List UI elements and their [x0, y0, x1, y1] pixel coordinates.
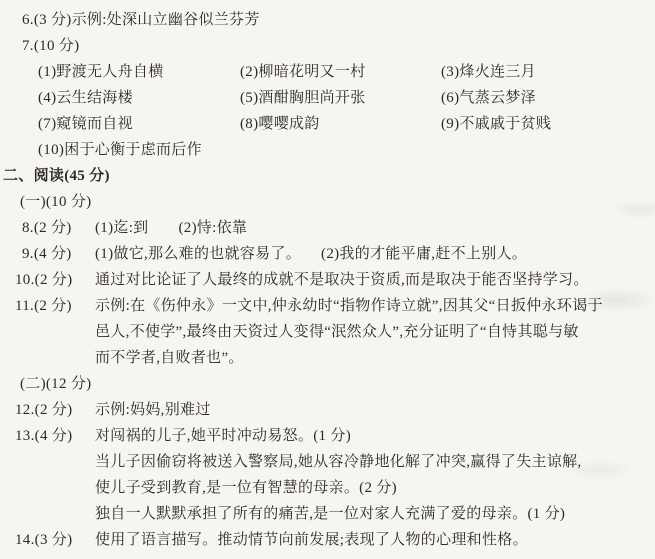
item-9-label: 9.(4 分)	[22, 241, 95, 267]
item-9-part-1: (1)做它,那么难的也就容易了。	[95, 241, 301, 267]
item-7-answer-1: (1)野渡无人舟自横	[38, 59, 240, 85]
answer-item-14: 14.(3 分) 使用了语言描写。推动情节向前发展;表现了人物的心理和性格。	[0, 527, 655, 553]
item-7-answer-2: (2)柳暗花明又一村	[240, 59, 441, 85]
item-11-line-3: 而不学者,自败者也”。	[95, 345, 603, 371]
item-12-text: 示例:妈妈,别难过	[95, 397, 211, 423]
item-7-answer-9: (9)不戚戚于贫贱	[441, 111, 655, 137]
item-7-answer-10: (10)困于心衡于虑而后作	[38, 137, 655, 163]
answer-item-10: 10.(2 分) 通过对比论证了人最终的成就不是取决于资质,而是取决于能否坚持学…	[0, 267, 655, 293]
item-11-text: 示例:在《伤仲永》一文中,仲永幼时“指物作诗立就”,因其父“日扳仲永环谒于 邑人…	[95, 293, 603, 371]
item-13-text: 对闯祸的儿子,她平时冲动易怒。(1 分) 当儿子因偷窃将被送入警察局,她从容冷静…	[95, 423, 581, 527]
answer-item-9: 9.(4 分) (1)做它,那么难的也就容易了。 (2)我的才能平庸,赶不上别人…	[0, 241, 655, 267]
item-7-answer-7: (7)窥镜而自视	[38, 111, 240, 137]
item-7-answer-6: (6)气蒸云梦泽	[441, 85, 655, 111]
item-9-part-2: (2)我的才能平庸,赶不上别人。	[321, 241, 527, 267]
item-13-label: 13.(4 分)	[15, 423, 95, 449]
answer-item-13: 13.(4 分) 对闯祸的儿子,她平时冲动易怒。(1 分) 当儿子因偷窃将被送入…	[0, 423, 655, 527]
answer-item-7: 7.(10 分)	[0, 33, 655, 59]
item-7-answer-3: (3)烽火连三月	[441, 59, 655, 85]
answer-item-12: 12.(2 分) 示例:妈妈,别难过	[0, 397, 655, 423]
item-7-answer-5: (5)酒酣胸胆尚开张	[240, 85, 441, 111]
item-11-line-2: 邑人,不使学”,最终由天资过人变得“泯然众人”,充分证明了“自恃其聪与敏	[95, 319, 603, 345]
item-10-label: 10.(2 分)	[15, 267, 95, 293]
answer-item-11: 11.(2 分) 示例:在《伤仲永》一文中,仲永幼时“指物作诗立就”,因其父“日…	[0, 293, 655, 371]
part-1-heading: (一)(10 分)	[0, 189, 655, 215]
item-7-answers: (1)野渡无人舟自横 (2)柳暗花明又一村 (3)烽火连三月 (4)云生结海楼 …	[38, 59, 655, 163]
item-10-text: 通过对比论证了人最终的成就不是取决于资质,而是取决于能否坚持学习。	[95, 267, 589, 293]
answer-item-6: 6.(3 分)示例:处深山立幽谷似兰芬芳	[0, 7, 655, 33]
item-12-label: 12.(2 分)	[15, 397, 95, 423]
item-7-answer-4: (4)云生结海楼	[38, 85, 240, 111]
item-11-line-1: 示例:在《伤仲永》一文中,仲永幼时“指物作诗立就”,因其父“日扳仲永环谒于	[95, 293, 603, 319]
answer-key-page: 6.(3 分)示例:处深山立幽谷似兰芬芳 7.(10 分) (1)野渡无人舟自横…	[0, 0, 655, 553]
item-14-text: 使用了语言描写。推动情节向前发展;表现了人物的心理和性格。	[95, 527, 528, 553]
item-6-text: 示例:处深山立幽谷似兰芬芳	[72, 7, 260, 33]
part-2-heading: (二)(12 分)	[0, 371, 655, 397]
item-7-label: 7.(10 分)	[22, 33, 79, 59]
item-11-label: 11.(2 分)	[15, 293, 95, 319]
item-13-line-2: 当儿子因偷窃将被送入警察局,她从容冷静地化解了冲突,赢得了失主谅解,	[95, 449, 581, 475]
answer-item-8: 8.(2 分) (1)迄:到 (2)恃:依靠	[0, 215, 655, 241]
item-13-line-1: 对闯祸的儿子,她平时冲动易怒。(1 分)	[95, 423, 581, 449]
item-8-part-1: (1)迄:到	[95, 215, 148, 241]
item-14-label: 14.(3 分)	[15, 527, 95, 553]
item-6-label: 6.(3 分)	[22, 7, 72, 33]
item-13-line-3: 使儿子受到教育,是一位有智慧的母亲。(2 分)	[95, 475, 581, 501]
item-8-part-2: (2)恃:依靠	[178, 215, 247, 241]
item-8-label: 8.(2 分)	[22, 215, 95, 241]
section-reading-heading: 二、阅读(45 分)	[0, 163, 655, 189]
item-7-answer-8: (8)嘤嘤成韵	[240, 111, 441, 137]
item-13-line-4: 独自一人默默承担了所有的痛苦,是一位对家人充满了爱的母亲。(1 分)	[95, 501, 581, 527]
